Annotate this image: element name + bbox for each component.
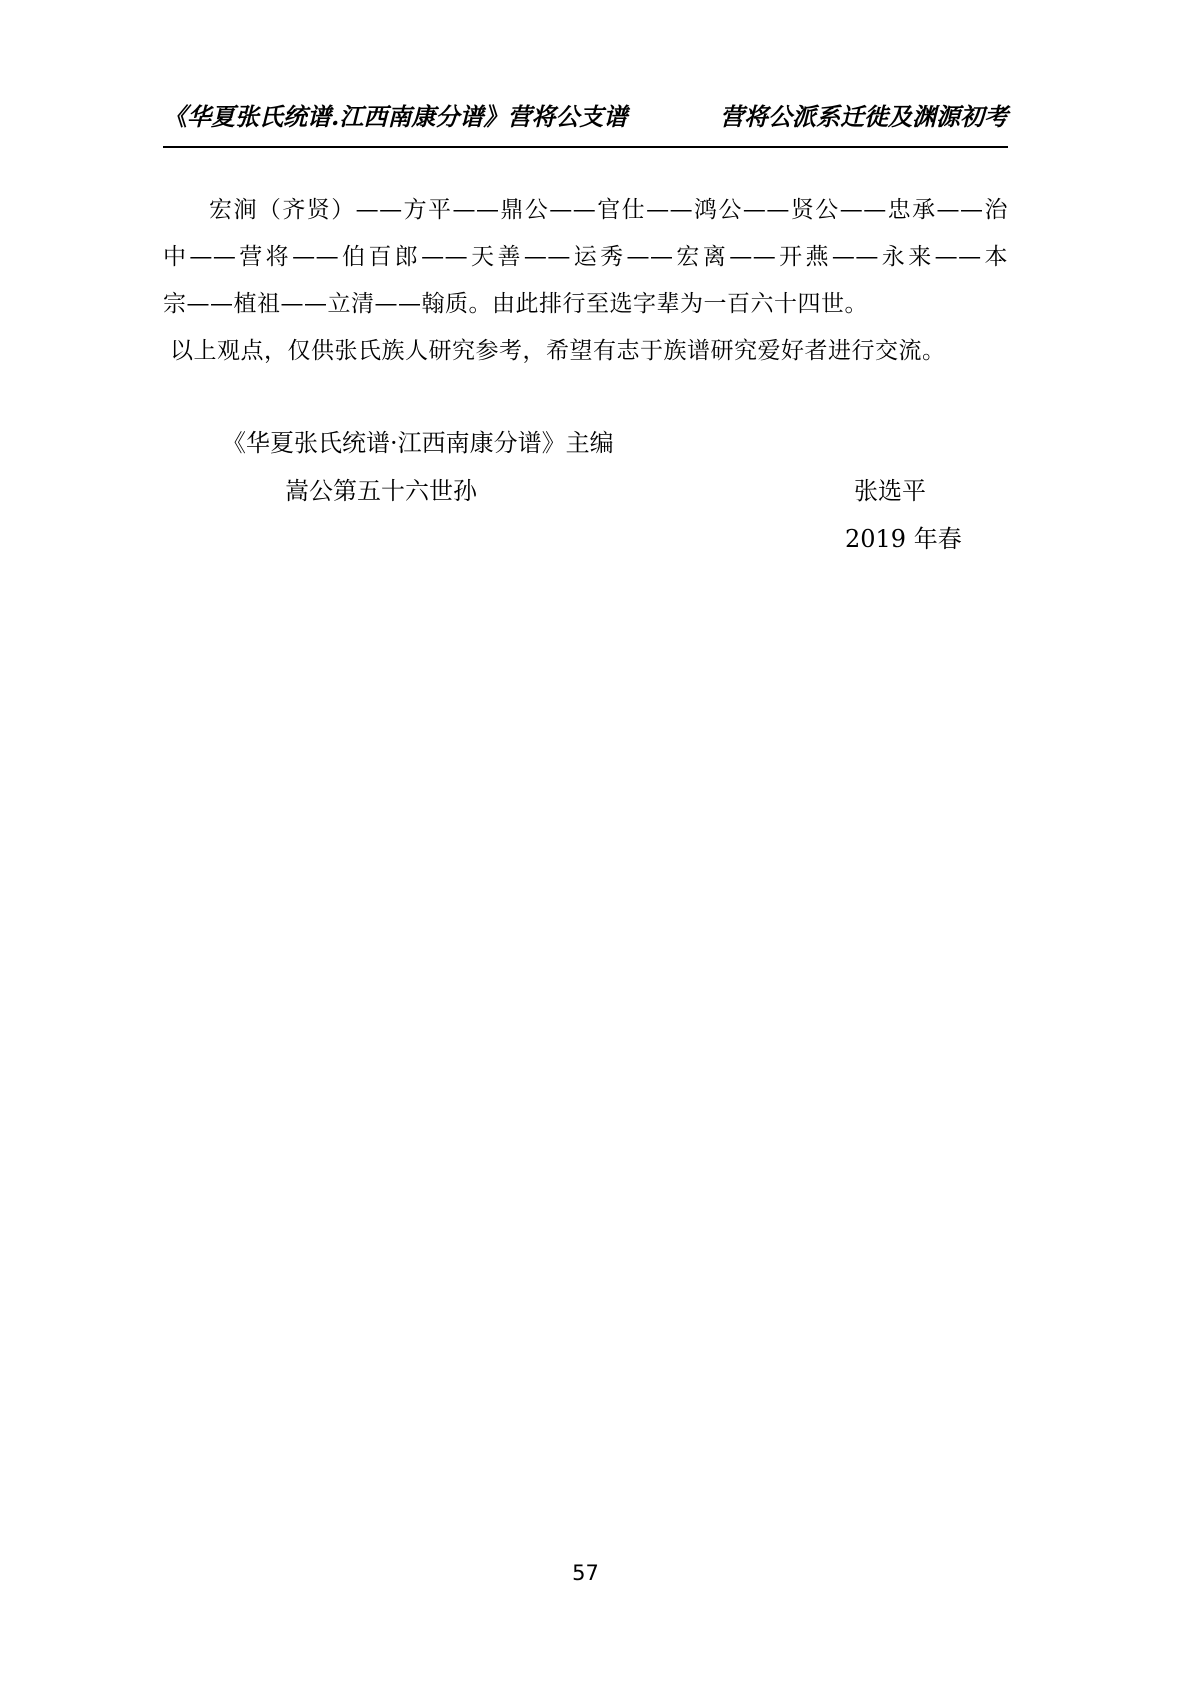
- header-right-title: 营将公派系迁徙及渊源初考: [720, 101, 1008, 133]
- lineage-line-3: 宗——植祖——立清——翰质。由此排行至选字辈为一百六十四世。: [163, 281, 1008, 328]
- lineage-line-1: 宏涧（齐贤）——方平——鼎公——官仕——鸿公——贤公——忠承——治: [163, 187, 1008, 234]
- signature-date: 2019 年春: [845, 522, 962, 556]
- document-page: 《华夏张氏统谱.江西南康分谱》营将公支谱 营将公派系迁徙及渊源初考 宏涧（齐贤）…: [0, 0, 1190, 1683]
- page-header: 《华夏张氏统谱.江西南康分谱》营将公支谱 营将公派系迁徙及渊源初考: [163, 101, 1008, 148]
- signature-title-line: 《华夏张氏统谱·江西南康分谱》主编: [222, 426, 614, 460]
- body-text: 宏涧（齐贤）——方平——鼎公——官仕——鸿公——贤公——忠承——治 中——营将—…: [163, 187, 1008, 375]
- signature-name: 张选平: [854, 474, 926, 508]
- lineage-line-2: 中——营将——伯百郎——天善——运秀——宏离——开燕——永来——本: [163, 234, 1008, 281]
- header-left-title: 《华夏张氏统谱.江西南康分谱》营将公支谱: [163, 101, 627, 133]
- signature-generation-line: 嵩公第五十六世孙: [285, 474, 477, 508]
- page-number: 57: [163, 1558, 1008, 1588]
- note-paragraph: 以上观点，仅供张氏族人研究参考，希望有志于族谱研究爱好者进行交流。: [163, 328, 1008, 375]
